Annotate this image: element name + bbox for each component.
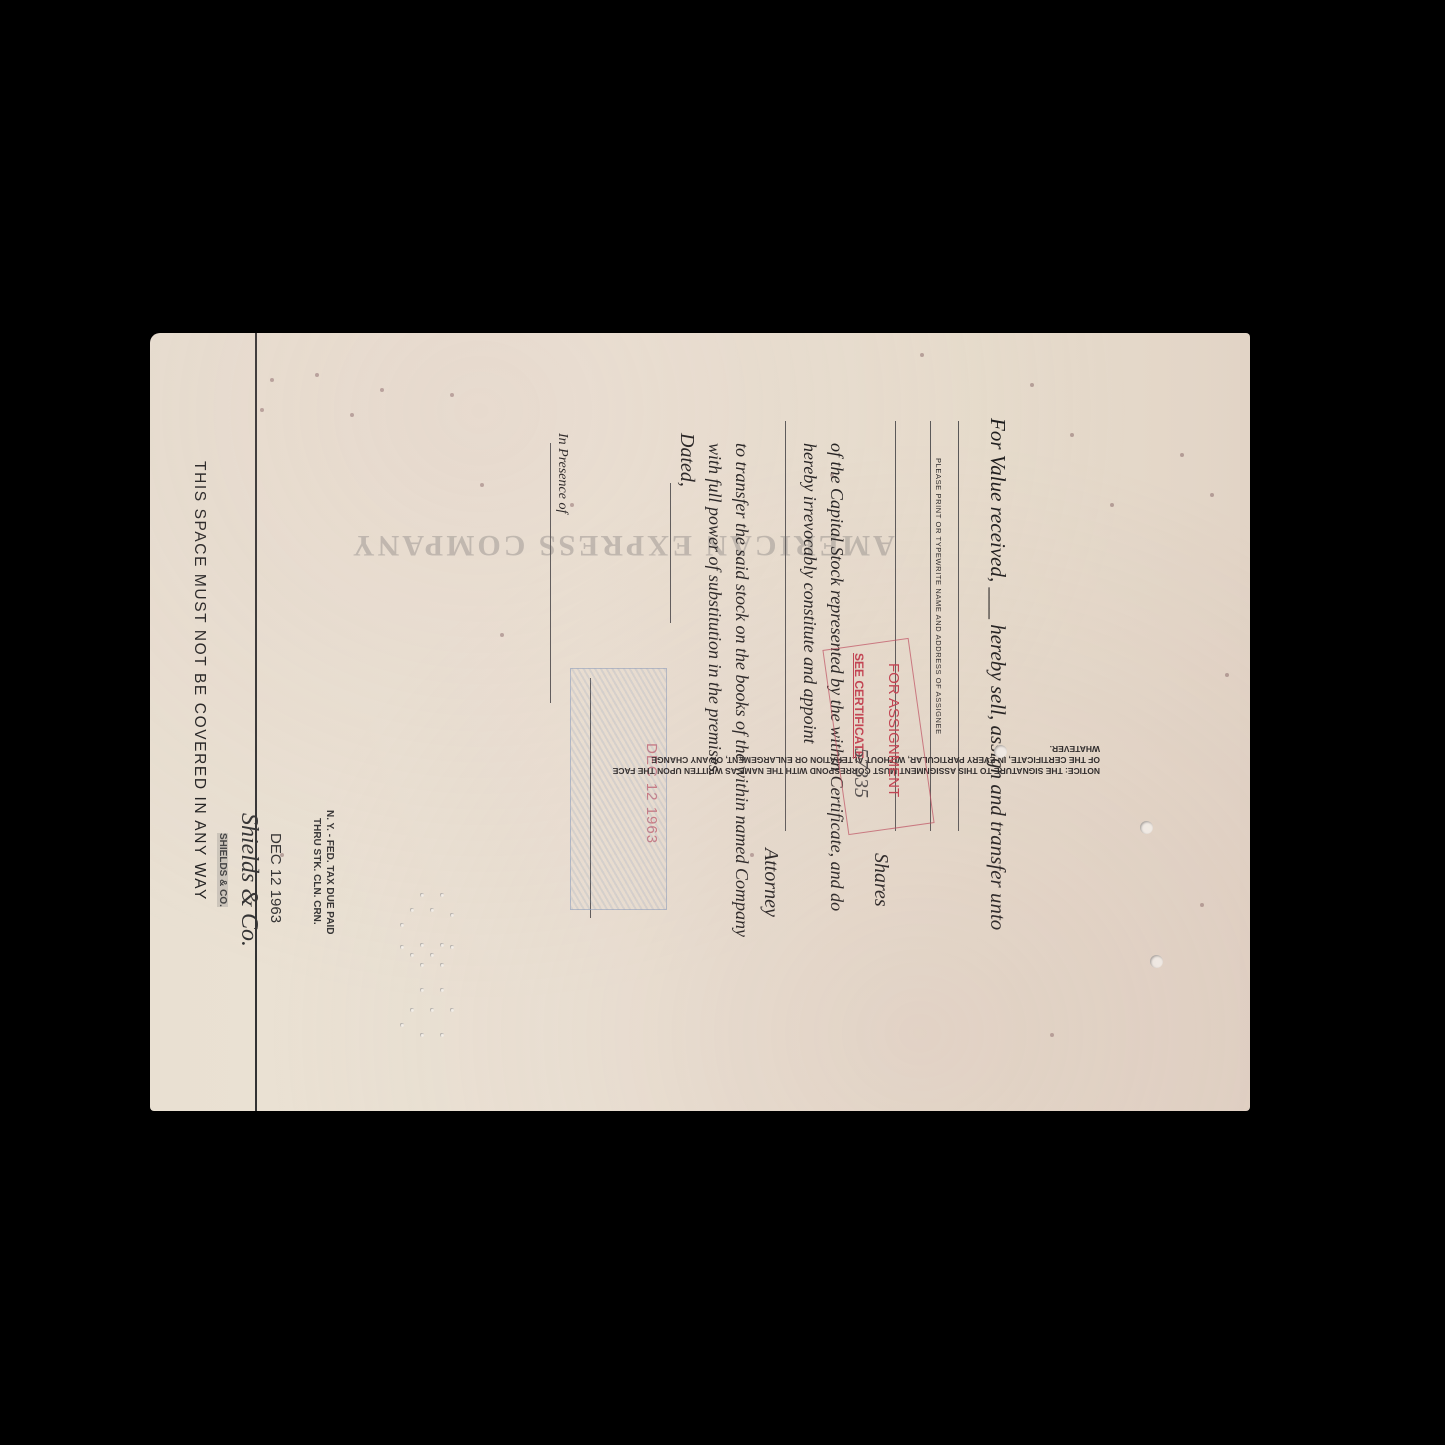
tax-stamp-line1: N. Y. - FED. TAX DUE PAID — [324, 810, 335, 934]
stub-date-stamp: DEC 12 1963 — [267, 833, 284, 923]
assignment-stamp-title: FOR ASSIGNMENT — [885, 663, 902, 797]
assignment-line-1: For Value received, ___ hereby sell, ass… — [985, 418, 1010, 930]
assignment-date-stamp: DEC 12 1963 — [643, 743, 660, 844]
stub-firm-stamp: SHIELDS & CO. — [217, 833, 228, 907]
assignment-line-2: of the Capital Stock represented by the … — [826, 443, 847, 911]
assignee-line-2[interactable] — [930, 421, 931, 831]
punch-hole — [1150, 955, 1163, 968]
witness-line[interactable] — [550, 443, 551, 703]
dated-label: Dated, — [675, 433, 698, 487]
dated-line[interactable] — [670, 483, 671, 623]
attorney-line[interactable] — [785, 421, 786, 831]
assignee-label: PLEASE PRINT OR TYPEWRITE NAME AND ADDRE… — [934, 458, 943, 735]
assignment-stamp-box — [822, 638, 934, 835]
signature-notice: NOTICE: THE SIGNATURE TO THIS ASSIGNMENT… — [600, 743, 1100, 776]
shares-line[interactable] — [895, 421, 896, 831]
assignee-line-1[interactable] — [958, 421, 959, 831]
stub-divider — [255, 333, 257, 1111]
punch-hole — [1140, 821, 1153, 834]
assignment-line-3: hereby irrevocably constitute and appoin… — [799, 443, 820, 744]
punch-hole — [994, 745, 1007, 758]
stub-warning: THIS SPACE MUST NOT BE COVERED IN ANY WA… — [190, 461, 208, 901]
tax-stamp-line2: THRU STK. CLN. CRN. — [311, 818, 322, 925]
stub-signature: Shields & Co. — [235, 813, 262, 947]
shares-label: Shares — [869, 853, 892, 907]
signature-guarantee-stamp — [570, 668, 667, 910]
attorney-label: Attorney — [759, 848, 782, 917]
assignment-line-4: to transfer the said stock on the books … — [731, 443, 752, 937]
company-name-bleed: AMERICAN EXPRESS COMPANY — [350, 528, 895, 562]
certificate-stamp-label: SEE CERTIFICATE — [852, 653, 866, 759]
certificate-back: THIS SPACE MUST NOT BE COVERED IN ANY WA… — [150, 333, 1250, 1111]
assignment-line-5: with full power of substitution in the p… — [704, 443, 725, 776]
handwritten-certificate-number: 57335 — [849, 748, 872, 798]
signature-line[interactable] — [590, 678, 591, 918]
presence-label: In Presence of — [554, 433, 570, 513]
